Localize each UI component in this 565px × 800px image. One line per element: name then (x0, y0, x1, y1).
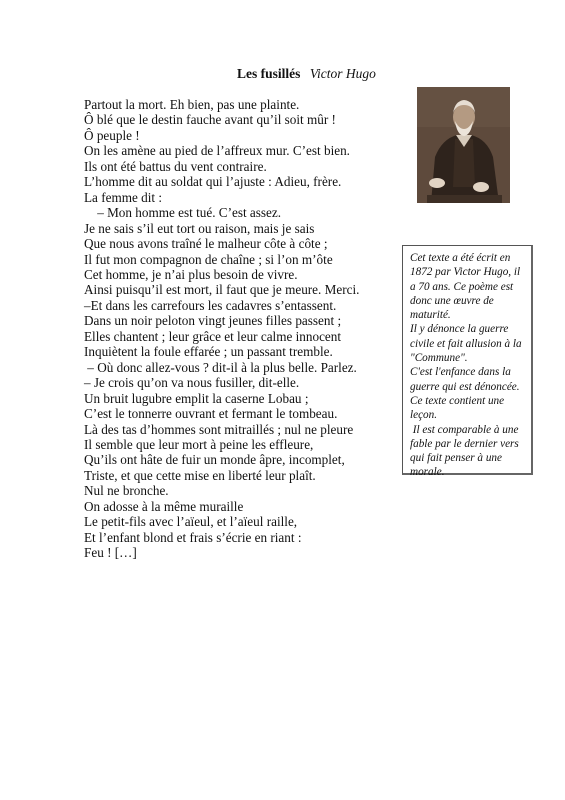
poem-text: Partout la mort. Eh bien, pas une plaint… (84, 97, 359, 561)
poem-line: –Et dans les carrefours les cadavres s’e… (84, 298, 359, 313)
poem-line: L’homme dit au soldat qui l’ajuste : Adi… (84, 174, 359, 189)
commentary-line: Ce texte contient une (410, 394, 527, 408)
poem-line: Triste, et que cette mise en liberté leu… (84, 468, 359, 483)
poem-line: On les amène au pied de l’affreux mur. C… (84, 143, 359, 158)
poem-line: On adosse à la même muraille (84, 499, 359, 514)
poem-line: Partout la mort. Eh bien, pas une plaint… (84, 97, 359, 112)
poem-line: Elles chantent ; leur grâce et leur calm… (84, 329, 359, 344)
commentary-line: maturité. (410, 308, 527, 322)
commentary-line: guerre qui est dénoncée. (410, 380, 527, 394)
poem-line: Feu ! […] (84, 545, 359, 560)
poem-author: Victor Hugo (310, 66, 376, 81)
poem-title: Les fusillés (237, 66, 300, 81)
commentary-line: fable par le dernier vers (410, 437, 527, 451)
commentary-line: civile et fait allusion à la (410, 337, 527, 351)
commentary-line: 1872 par Victor Hugo, il (410, 265, 527, 279)
poem-line: Inquiètent la foule effarée ; un passant… (84, 344, 359, 359)
author-portrait (417, 87, 510, 203)
poem-line: La femme dit : (84, 190, 359, 205)
poem-line: Le petit-fils avec l’aïeul, et l’aïeul r… (84, 514, 359, 529)
commentary-line: C'est l'enfance dans la (410, 365, 527, 379)
poem-line: Cet homme, je n’ai plus besoin de vivre. (84, 267, 359, 282)
commentary-line: qui fait penser à une (410, 451, 527, 465)
poem-line: Nul ne bronche. (84, 483, 359, 498)
poem-line: Et l’enfant blond et frais s’écrie en ri… (84, 530, 359, 545)
commentary-line: a 70 ans. Ce poème est (410, 280, 527, 294)
poem-line: Un bruit lugubre emplit la caserne Lobau… (84, 391, 359, 406)
poem-line: Il semble que leur mort à peine les effl… (84, 437, 359, 452)
poem-line: Dans un noir peloton vingt jeunes filles… (84, 313, 359, 328)
commentary-line: donc une œuvre de (410, 294, 527, 308)
commentary-line: Cet texte a été écrit en (410, 251, 527, 265)
poem-line: Ils ont été battus du vent contraire. (84, 159, 359, 174)
poem-line: Ô blé que le destin fauche avant qu’il s… (84, 112, 359, 127)
commentary-line: Il y dénonce la guerre (410, 322, 527, 336)
poem-line: Je ne sais s’il eut tort ou raison, mais… (84, 221, 359, 236)
commentary-line: morale. (410, 465, 527, 479)
poem-line: C’est le tonnerre ouvrant et fermant le … (84, 406, 359, 421)
poem-line: Là des tas d’hommes sont mitraillés ; nu… (84, 422, 359, 437)
poem-line: Il fut mon compagnon de chaîne ; si l’on… (84, 252, 359, 267)
poem-line: Ô peuple ! (84, 128, 359, 143)
commentary-box: Cet texte a été écrit en 1872 par Victor… (402, 245, 533, 475)
poem-line: Ainsi puisqu’il est mort, il faut que je… (84, 282, 359, 297)
commentary-line: "Commune". (410, 351, 527, 365)
poem-line: Que nous avons traîné le malheur côte à … (84, 236, 359, 251)
poem-line: Qu’ils ont hâte de fuir un monde âpre, i… (84, 452, 359, 467)
poem-line: – Où donc allez-vous ? dit-il à la plus … (84, 360, 359, 375)
poem-line: – Mon homme est tué. C’est assez. (84, 205, 359, 220)
commentary-line: leçon. (410, 408, 527, 422)
commentary-line: Il est comparable à une (410, 423, 527, 437)
portrait-illustration-icon (417, 87, 510, 203)
document-title: Les fusillés Victor Hugo (0, 66, 565, 82)
poem-line: – Je crois qu’on va nous fusiller, dit-e… (84, 375, 359, 390)
